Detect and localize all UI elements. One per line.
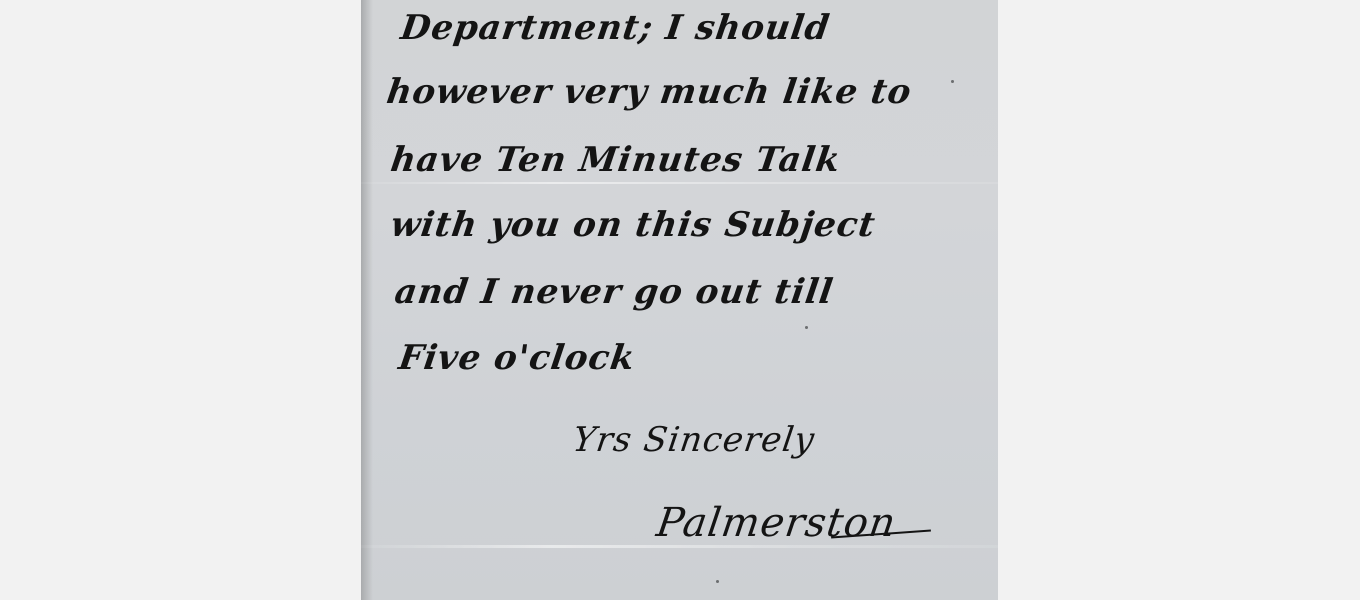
- letter-page: Department; I should however very much l…: [361, 0, 998, 600]
- paper-speck: [716, 580, 719, 583]
- letter-line-6: Five o'clock: [396, 338, 638, 378]
- paper-fold-line: [361, 182, 998, 184]
- letter-closing: Yrs Sincerely: [570, 420, 817, 460]
- letter-line-2: however very much like to: [384, 72, 914, 112]
- letter-line-1: Department; I should: [398, 8, 832, 48]
- letter-line-4: with you on this Subject: [388, 205, 878, 245]
- letter-signature: Palmerston: [654, 500, 899, 546]
- letter-line-5: and I never go out till: [392, 272, 836, 312]
- paper-speck: [805, 326, 808, 329]
- image-stage: Department; I should however very much l…: [0, 0, 1360, 600]
- paper-speck: [951, 80, 954, 83]
- letter-line-3: have Ten Minutes Talk: [388, 140, 843, 180]
